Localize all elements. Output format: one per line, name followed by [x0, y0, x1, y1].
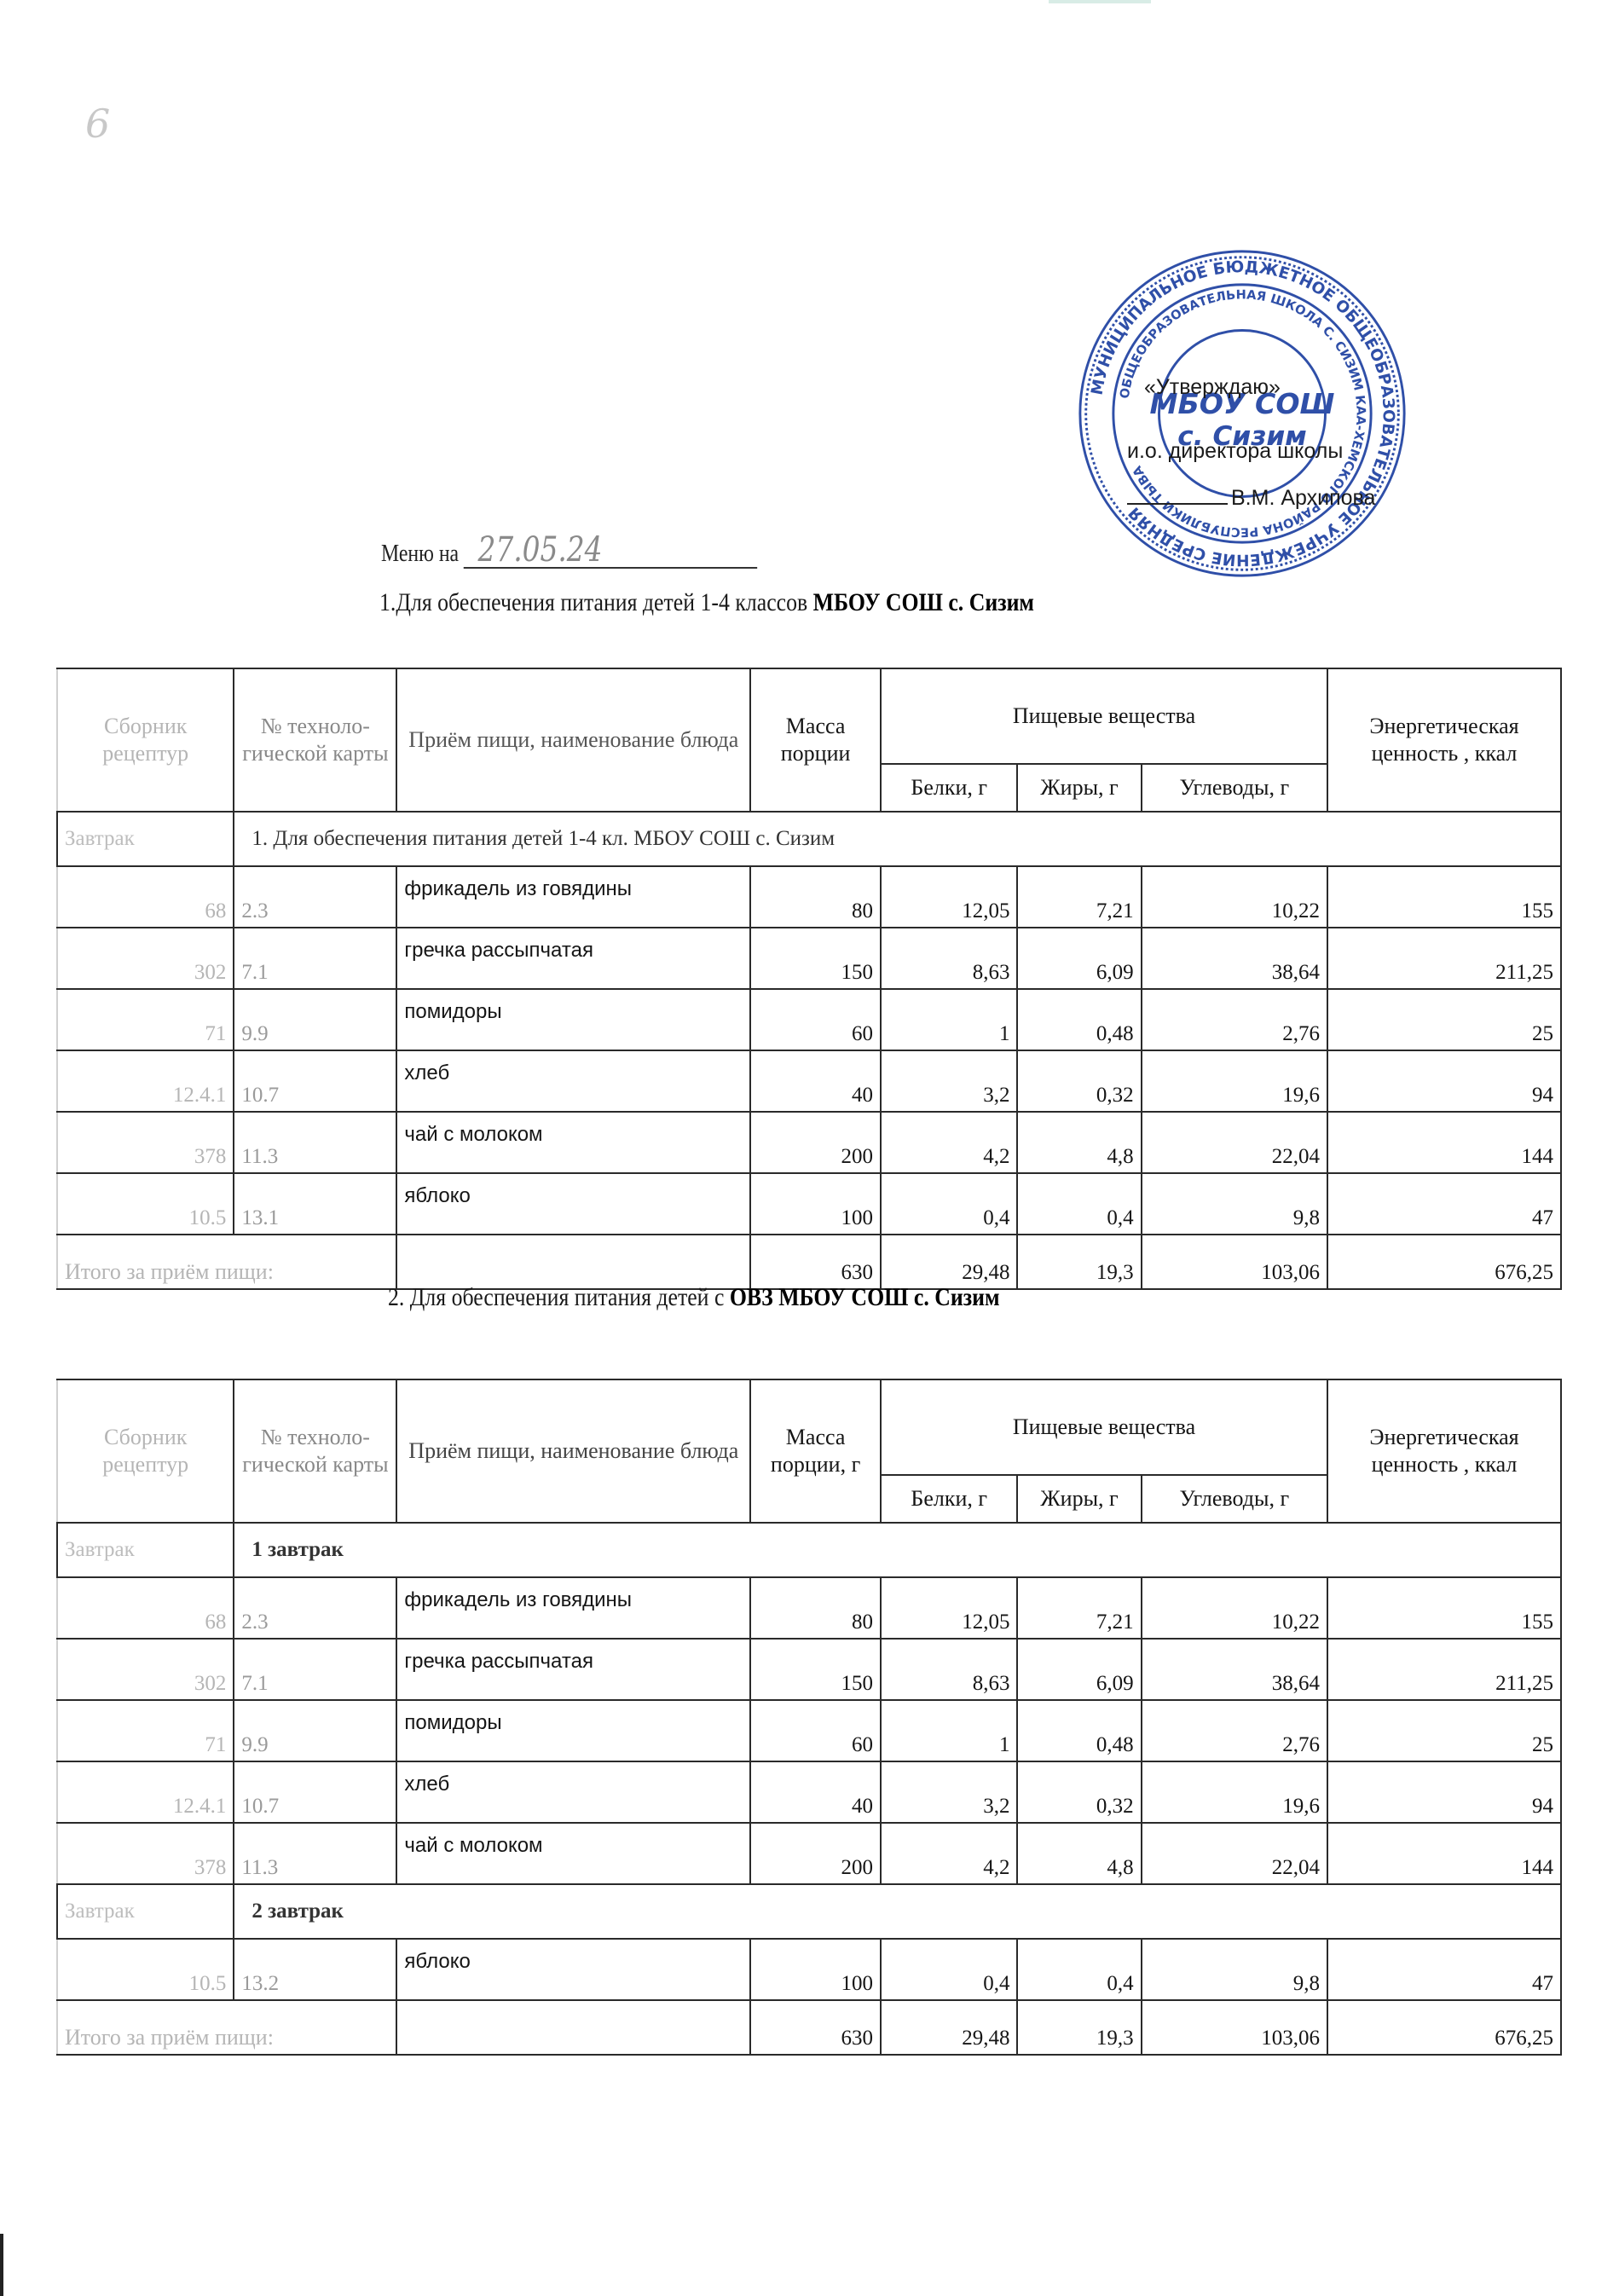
- group-title: 2 завтрак: [234, 1884, 1561, 1939]
- carbs-cell: 19,6: [1142, 1761, 1327, 1823]
- dish-cell: чай с молоком: [396, 1112, 750, 1173]
- proteins-cell: 0,4: [881, 1939, 1017, 2000]
- proteins-cell: 3,2: [881, 1761, 1017, 1823]
- proteins-cell: 8,63: [881, 1639, 1017, 1700]
- table-row: 682.3фрикадель из говядины8012,057,2110,…: [57, 866, 1561, 928]
- table-row: 3027.1гречка рассыпчатая1508,636,0938,64…: [57, 928, 1561, 989]
- total-mass: 630: [750, 2000, 881, 2055]
- total-carbs: 103,06: [1142, 1235, 1327, 1289]
- header-proteins: Белки, г: [881, 764, 1017, 812]
- group-label: Завтрак: [57, 812, 234, 866]
- signature-field: [1127, 503, 1228, 505]
- mass-cell: 40: [750, 1761, 881, 1823]
- energy-cell: 25: [1327, 989, 1561, 1050]
- header-nutrients: Пищевые вещества: [881, 1379, 1327, 1475]
- table-row: 719.9помидоры6010,482,7625: [57, 1700, 1561, 1761]
- total-fats: 19,3: [1017, 2000, 1141, 2055]
- fats-cell: 0,32: [1017, 1050, 1141, 1112]
- menu-date-value: 27.05.24: [464, 533, 757, 569]
- header-energy: Энергетическая ценность , ккал: [1327, 1379, 1561, 1523]
- total-proteins: 29,48: [881, 2000, 1017, 2055]
- carbs-cell: 19,6: [1142, 1050, 1327, 1112]
- recipe-cell: 302: [57, 928, 234, 989]
- mass-cell: 100: [750, 1939, 881, 2000]
- header-mass: Масса порции, г: [750, 1379, 881, 1523]
- table-row: 37811.3чай с молоком2004,24,822,04144: [57, 1112, 1561, 1173]
- table-row: 10.513.2яблоко1000,40,49,847: [57, 1939, 1561, 2000]
- header-nutrients: Пищевые вещества: [881, 668, 1327, 764]
- tech-card-cell: 9.9: [234, 1700, 396, 1761]
- page-number-mark: 6: [85, 101, 110, 147]
- dish-cell: гречка рассыпчатая: [396, 1639, 750, 1700]
- recipe-cell: 68: [57, 866, 234, 928]
- energy-cell: 211,25: [1327, 1639, 1561, 1700]
- fats-cell: 0,4: [1017, 1939, 1141, 2000]
- total-empty-cell: [396, 1235, 750, 1289]
- table-row: 12.4.110.7хлеб403,20,3219,694: [57, 1050, 1561, 1112]
- header-recipe-collection: Сборник рецептур: [57, 1379, 234, 1523]
- menu-table-2: Сборник рецептур № техноло-гической карт…: [56, 1379, 1562, 2056]
- energy-cell: 94: [1327, 1761, 1561, 1823]
- proteins-cell: 1: [881, 989, 1017, 1050]
- total-row: Итого за приём пищи:63029,4819,3103,0667…: [57, 2000, 1561, 2055]
- menu-table-1: Сборник рецептур № техноло-гической карт…: [56, 668, 1562, 1290]
- fats-cell: 0,32: [1017, 1761, 1141, 1823]
- header-carbs: Углеводы, г: [1142, 1475, 1327, 1523]
- recipe-cell: 71: [57, 989, 234, 1050]
- stamp-seal-icon: МУНИЦИПАЛЬНОЕ БЮДЖЕТНОЕ ОБЩЕОБРАЗОВАТЕЛЬ…: [1076, 247, 1408, 580]
- fats-cell: 0,48: [1017, 989, 1141, 1050]
- header-recipe-collection: Сборник рецептур: [57, 668, 234, 812]
- tech-card-cell: 13.1: [234, 1173, 396, 1235]
- mass-cell: 60: [750, 1700, 881, 1761]
- mass-cell: 200: [750, 1112, 881, 1173]
- carbs-cell: 2,76: [1142, 1700, 1327, 1761]
- total-label: Итого за приём пищи:: [57, 1235, 396, 1289]
- carbs-cell: 2,76: [1142, 989, 1327, 1050]
- table-row: 719.9помидоры6010,482,7625: [57, 989, 1561, 1050]
- recipe-cell: 302: [57, 1639, 234, 1700]
- header-proteins: Белки, г: [881, 1475, 1017, 1523]
- table-row: 37811.3чай с молоком2004,24,822,04144: [57, 1823, 1561, 1884]
- proteins-cell: 1: [881, 1700, 1017, 1761]
- dish-cell: помидоры: [396, 989, 750, 1050]
- menu-label: Меню на: [381, 540, 459, 567]
- header-fats: Жиры, г: [1017, 764, 1141, 812]
- total-proteins: 29,48: [881, 1235, 1017, 1289]
- carbs-cell: 10,22: [1142, 1577, 1327, 1639]
- header-carbs: Углеводы, г: [1142, 764, 1327, 812]
- total-label: Итого за приём пищи:: [57, 2000, 396, 2055]
- total-empty-cell: [396, 2000, 750, 2055]
- dish-cell: чай с молоком: [396, 1823, 750, 1884]
- total-energy: 676,25: [1327, 2000, 1561, 2055]
- header-meal: Приём пищи, наименование блюда: [396, 1379, 750, 1523]
- carbs-cell: 38,64: [1142, 1639, 1327, 1700]
- meal-group-row: Завтрак1 завтрак: [57, 1523, 1561, 1577]
- energy-cell: 155: [1327, 866, 1561, 928]
- carbs-cell: 10,22: [1142, 866, 1327, 928]
- carbs-cell: 9,8: [1142, 1173, 1327, 1235]
- recipe-cell: 12.4.1: [57, 1761, 234, 1823]
- mass-cell: 100: [750, 1173, 881, 1235]
- dish-cell: яблоко: [396, 1939, 750, 2000]
- table-row: 3027.1гречка рассыпчатая1508,636,0938,64…: [57, 1639, 1561, 1700]
- meal-group-row: Завтрак2 завтрак: [57, 1884, 1561, 1939]
- fats-cell: 7,21: [1017, 866, 1141, 928]
- recipe-cell: 378: [57, 1823, 234, 1884]
- recipe-cell: 12.4.1: [57, 1050, 234, 1112]
- dish-cell: гречка рассыпчатая: [396, 928, 750, 989]
- recipe-cell: 10.5: [57, 1939, 234, 2000]
- fats-cell: 0,48: [1017, 1700, 1141, 1761]
- tech-card-cell: 10.7: [234, 1050, 396, 1112]
- mass-cell: 150: [750, 1639, 881, 1700]
- proteins-cell: 3,2: [881, 1050, 1017, 1112]
- group-title: 1 завтрак: [234, 1523, 1561, 1577]
- group-label: Завтрак: [57, 1884, 234, 1939]
- total-carbs: 103,06: [1142, 2000, 1327, 2055]
- energy-cell: 25: [1327, 1700, 1561, 1761]
- meal-group-row: Завтрак 1. Для обеспечения питания детей…: [57, 812, 1561, 866]
- energy-cell: 211,25: [1327, 928, 1561, 989]
- tech-card-cell: 7.1: [234, 1639, 396, 1700]
- menu-date-line: Меню на 27.05.24: [381, 533, 757, 569]
- recipe-cell: 378: [57, 1112, 234, 1173]
- fats-cell: 6,09: [1017, 1639, 1141, 1700]
- proteins-cell: 0,4: [881, 1173, 1017, 1235]
- energy-cell: 47: [1327, 1939, 1561, 2000]
- recipe-cell: 68: [57, 1577, 234, 1639]
- fats-cell: 4,8: [1017, 1823, 1141, 1884]
- proteins-cell: 12,05: [881, 1577, 1017, 1639]
- dish-cell: хлеб: [396, 1761, 750, 1823]
- carbs-cell: 22,04: [1142, 1112, 1327, 1173]
- dish-cell: хлеб: [396, 1050, 750, 1112]
- total-row: Итого за приём пищи:63029,4819,3103,0667…: [57, 1235, 1561, 1289]
- carbs-cell: 38,64: [1142, 928, 1327, 989]
- tech-card-cell: 2.3: [234, 866, 396, 928]
- school-stamp: МУНИЦИПАЛЬНОЕ БЮДЖЕТНОЕ ОБЩЕОБРАЗОВАТЕЛЬ…: [1076, 247, 1408, 580]
- energy-cell: 144: [1327, 1112, 1561, 1173]
- section-2-title: 2. Для обеспечения питания детей с ОВЗ М…: [388, 1283, 1000, 1312]
- header-tech-card: № техноло-гической карты: [234, 1379, 396, 1523]
- proteins-cell: 8,63: [881, 928, 1017, 989]
- proteins-cell: 12,05: [881, 866, 1017, 928]
- signature-line: В.М. Архипова: [1127, 486, 1375, 511]
- scan-artifact: [1049, 0, 1151, 3]
- recipe-cell: 10.5: [57, 1173, 234, 1235]
- header-tech-card: № техноло-гической карты: [234, 668, 396, 812]
- mass-cell: 200: [750, 1823, 881, 1884]
- fats-cell: 4,8: [1017, 1112, 1141, 1173]
- carbs-cell: 22,04: [1142, 1823, 1327, 1884]
- dish-cell: фрикадель из говядины: [396, 1577, 750, 1639]
- table-row: 12.4.110.7хлеб403,20,3219,694: [57, 1761, 1561, 1823]
- total-fats: 19,3: [1017, 1235, 1141, 1289]
- tech-card-cell: 10.7: [234, 1761, 396, 1823]
- tech-card-cell: 9.9: [234, 989, 396, 1050]
- energy-cell: 144: [1327, 1823, 1561, 1884]
- table-row: 10.513.1яблоко1000,40,49,847: [57, 1173, 1561, 1235]
- mass-cell: 80: [750, 1577, 881, 1639]
- header-meal: Приём пищи, наименование блюда: [396, 668, 750, 812]
- energy-cell: 47: [1327, 1173, 1561, 1235]
- dish-cell: фрикадель из говядины: [396, 866, 750, 928]
- mass-cell: 40: [750, 1050, 881, 1112]
- total-mass: 630: [750, 1235, 881, 1289]
- table-row: 682.3фрикадель из говядины8012,057,2110,…: [57, 1577, 1561, 1639]
- approver-position: и.о. директора школы: [1127, 439, 1343, 464]
- tech-card-cell: 11.3: [234, 1823, 396, 1884]
- proteins-cell: 4,2: [881, 1112, 1017, 1173]
- total-energy: 676,25: [1327, 1235, 1561, 1289]
- carbs-cell: 9,8: [1142, 1939, 1327, 2000]
- mass-cell: 80: [750, 866, 881, 928]
- dish-cell: помидоры: [396, 1700, 750, 1761]
- group-title: 1. Для обеспечения питания детей 1-4 кл.…: [234, 812, 1561, 866]
- fats-cell: 7,21: [1017, 1577, 1141, 1639]
- tech-card-cell: 2.3: [234, 1577, 396, 1639]
- scan-edge: [0, 2234, 3, 2296]
- approver-name: В.М. Архипова: [1231, 486, 1375, 510]
- header-fats: Жиры, г: [1017, 1475, 1141, 1523]
- proteins-cell: 4,2: [881, 1823, 1017, 1884]
- approval-heading: «Утверждаю»: [1144, 375, 1281, 400]
- tech-card-cell: 7.1: [234, 928, 396, 989]
- recipe-cell: 71: [57, 1700, 234, 1761]
- header-energy: Энергетическая ценность , ккал: [1327, 668, 1561, 812]
- group-label: Завтрак: [57, 1523, 234, 1577]
- tech-card-cell: 13.2: [234, 1939, 396, 2000]
- section-1-title: 1.Для обеспечения питания детей 1-4 клас…: [379, 588, 1034, 617]
- header-mass: Масса порции: [750, 668, 881, 812]
- fats-cell: 0,4: [1017, 1173, 1141, 1235]
- energy-cell: 94: [1327, 1050, 1561, 1112]
- mass-cell: 150: [750, 928, 881, 989]
- mass-cell: 60: [750, 989, 881, 1050]
- tech-card-cell: 11.3: [234, 1112, 396, 1173]
- energy-cell: 155: [1327, 1577, 1561, 1639]
- fats-cell: 6,09: [1017, 928, 1141, 989]
- dish-cell: яблоко: [396, 1173, 750, 1235]
